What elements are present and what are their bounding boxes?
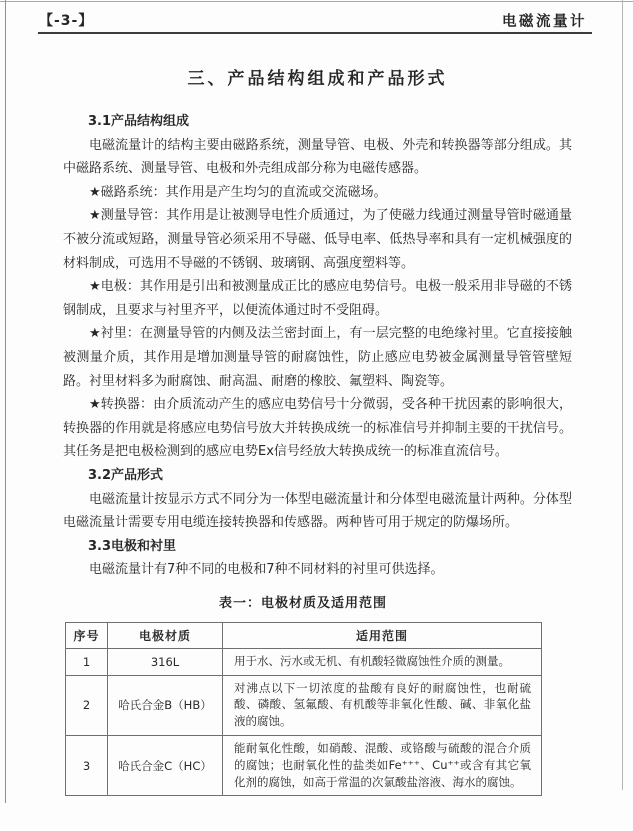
- electrode-table-section: 表一：电极材质及适用范围 序号 电极材质 适用范围 1 316L 用于水、污水或…: [65, 592, 541, 797]
- paragraph-electrode-lining: 电磁流量计有7种不同的电极和7种不同材料的衬里可供选择。: [63, 558, 572, 582]
- body-text: 3.1产品结构组成 电磁流量计的结构主要由磁路系统，测量导管、电极、外壳和转换器…: [63, 110, 572, 582]
- page-content: 三、产品结构组成和产品形式 3.1产品结构组成 电磁流量计的结构主要由磁路系统，…: [63, 62, 572, 796]
- column-header-index: 序号: [66, 622, 108, 648]
- paragraph: 电磁流量计的结构主要由磁路系统，测量导管、电极、外壳和转换器等部分组成。其中磁路…: [63, 134, 572, 181]
- table-row: 2 哈氏合金B（HB） 对沸点以下一切浓度的盐酸有良好的耐腐蚀性，也耐硫酸、磷酸…: [66, 675, 542, 735]
- cell-material: 316L: [108, 648, 223, 675]
- paragraph-product-form: 电磁流量计按显示方式不同分为一体型电磁流量计和分体型电磁流量计两种。分体型电磁流…: [63, 488, 572, 535]
- cell-scope: 对沸点以下一切浓度的盐酸有良好的耐腐蚀性，也耐硫酸、磷酸、氢氟酸、有机酸等非氧化…: [223, 675, 542, 735]
- table-header-row: 序号 电极材质 适用范围: [66, 622, 542, 648]
- cell-material: 哈氏合金C（HC）: [108, 736, 223, 796]
- paragraph-measuring-tube: ★测量导管：其作用是让被测导电性介质通过，为了使磁力线通过测量导管时磁通量不被分…: [63, 204, 572, 275]
- section-heading-3-2: 3.2产品形式: [63, 464, 572, 488]
- cell-index: 1: [66, 648, 108, 675]
- table-row: 3 哈氏合金C（HC） 能耐氧化性酸，如硝酸、混酸、或铬酸与硫酸的混合介质的腐蚀…: [66, 736, 542, 796]
- section-heading-3-3: 3.3电极和衬里: [63, 535, 572, 559]
- cell-index: 2: [66, 675, 108, 735]
- table-row: 1 316L 用于水、污水或无机、有机酸轻微腐蚀性介质的测量。: [66, 648, 542, 675]
- document-title-header: 电磁流量计: [502, 10, 587, 31]
- scan-edge-left: [5, 0, 6, 803]
- electrode-material-table: 序号 电极材质 适用范围 1 316L 用于水、污水或无机、有机酸轻微腐蚀性介质…: [65, 622, 542, 797]
- scan-edge-top: [0, 1, 633, 2]
- page-number: 【-3-】: [39, 10, 93, 30]
- cell-scope: 能耐氧化性酸，如硝酸、混酸、或铬酸与硫酸的混合介质的腐蚀；也耐氧化性的盐类如Fe…: [223, 736, 542, 796]
- header-rule: [38, 32, 592, 34]
- document-page: 【-3-】 电磁流量计 三、产品结构组成和产品形式 3.1产品结构组成 电磁流量…: [0, 0, 633, 831]
- paragraph-converter: ★转换器：由介质流动产生的感应电势信号十分微弱，受各种干扰因素的影响很大，转换器…: [63, 393, 572, 464]
- table-caption: 表一：电极材质及适用范围: [65, 592, 541, 611]
- column-header-material: 电极材质: [108, 622, 223, 648]
- page-title: 三、产品结构组成和产品形式: [63, 62, 572, 89]
- column-header-scope: 适用范围: [223, 622, 542, 648]
- scan-edge-right: [622, 0, 623, 790]
- paragraph-electrode: ★电极：其作用是引出和被测量成正比的感应电势信号。电极一般采用非导磁的不锈钢制成…: [63, 275, 572, 322]
- cell-scope: 用于水、污水或无机、有机酸轻微腐蚀性介质的测量。: [223, 648, 542, 675]
- section-heading-3-1: 3.1产品结构组成: [63, 110, 572, 134]
- cell-index: 3: [66, 736, 108, 796]
- cell-material: 哈氏合金B（HB）: [108, 675, 223, 735]
- paragraph-lining: ★衬里：在测量导管的内侧及法兰密封面上，有一层完整的电绝缘衬里。它直接接触被测量…: [63, 322, 572, 393]
- paragraph-magnetic-circuit: ★磁路系统：其作用是产生均匀的直流或交流磁场。: [63, 181, 572, 205]
